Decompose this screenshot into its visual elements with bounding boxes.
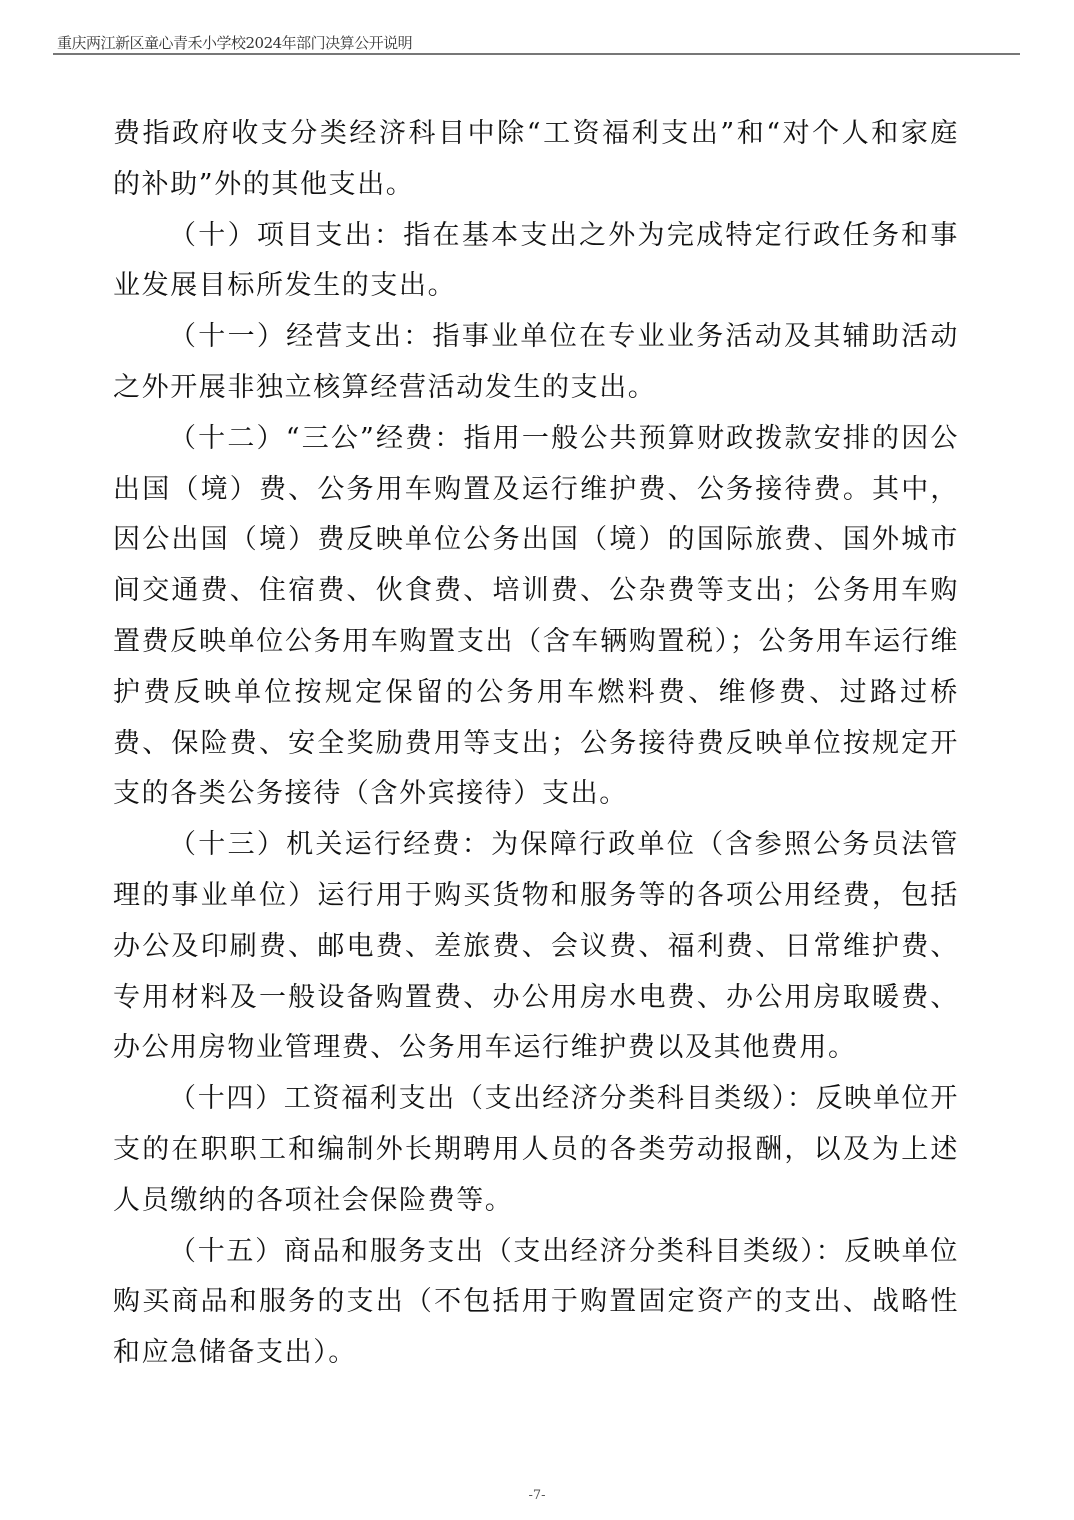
document-header-title: 重庆两江新区童心青禾小学校2024年部门决算公开说明 [57,32,412,53]
paragraph-three-public-expenses: （十二）“三公”经费：指用一般公共预算财政拨款安排的因公出国（境）费、公务用车购… [113,414,959,820]
document-body: 费指政府收支分类经济科目中除“工资福利支出”和“对个人和家庭的补助”外的其他支出… [113,109,959,1379]
header-divider [53,53,1020,55]
paragraph-agency-operating-funds: （十三）机关运行经费：为保障行政单位（含参照公务员法管理的事业单位）运行用于购买… [113,820,959,1074]
paragraph-wage-welfare-expenditure: （十四）工资福利支出（支出经济分类科目类级）：反映单位开支的在职职工和编制外长期… [113,1074,959,1226]
paragraph-other-expenses-continued: 费指政府收支分类经济科目中除“工资福利支出”和“对个人和家庭的补助”外的其他支出… [113,109,959,211]
paragraph-goods-services-expenditure: （十五）商品和服务支出（支出经济分类科目类级）：反映单位购买商品和服务的支出（不… [113,1227,959,1379]
paragraph-operating-expenditure: （十一）经营支出：指事业单位在专业业务活动及其辅助活动之外开展非独立核算经营活动… [113,312,959,414]
paragraph-project-expenditure: （十）项目支出：指在基本支出之外为完成特定行政任务和事业发展目标所发生的支出。 [113,211,959,313]
page-number: -7- [0,1488,1074,1503]
